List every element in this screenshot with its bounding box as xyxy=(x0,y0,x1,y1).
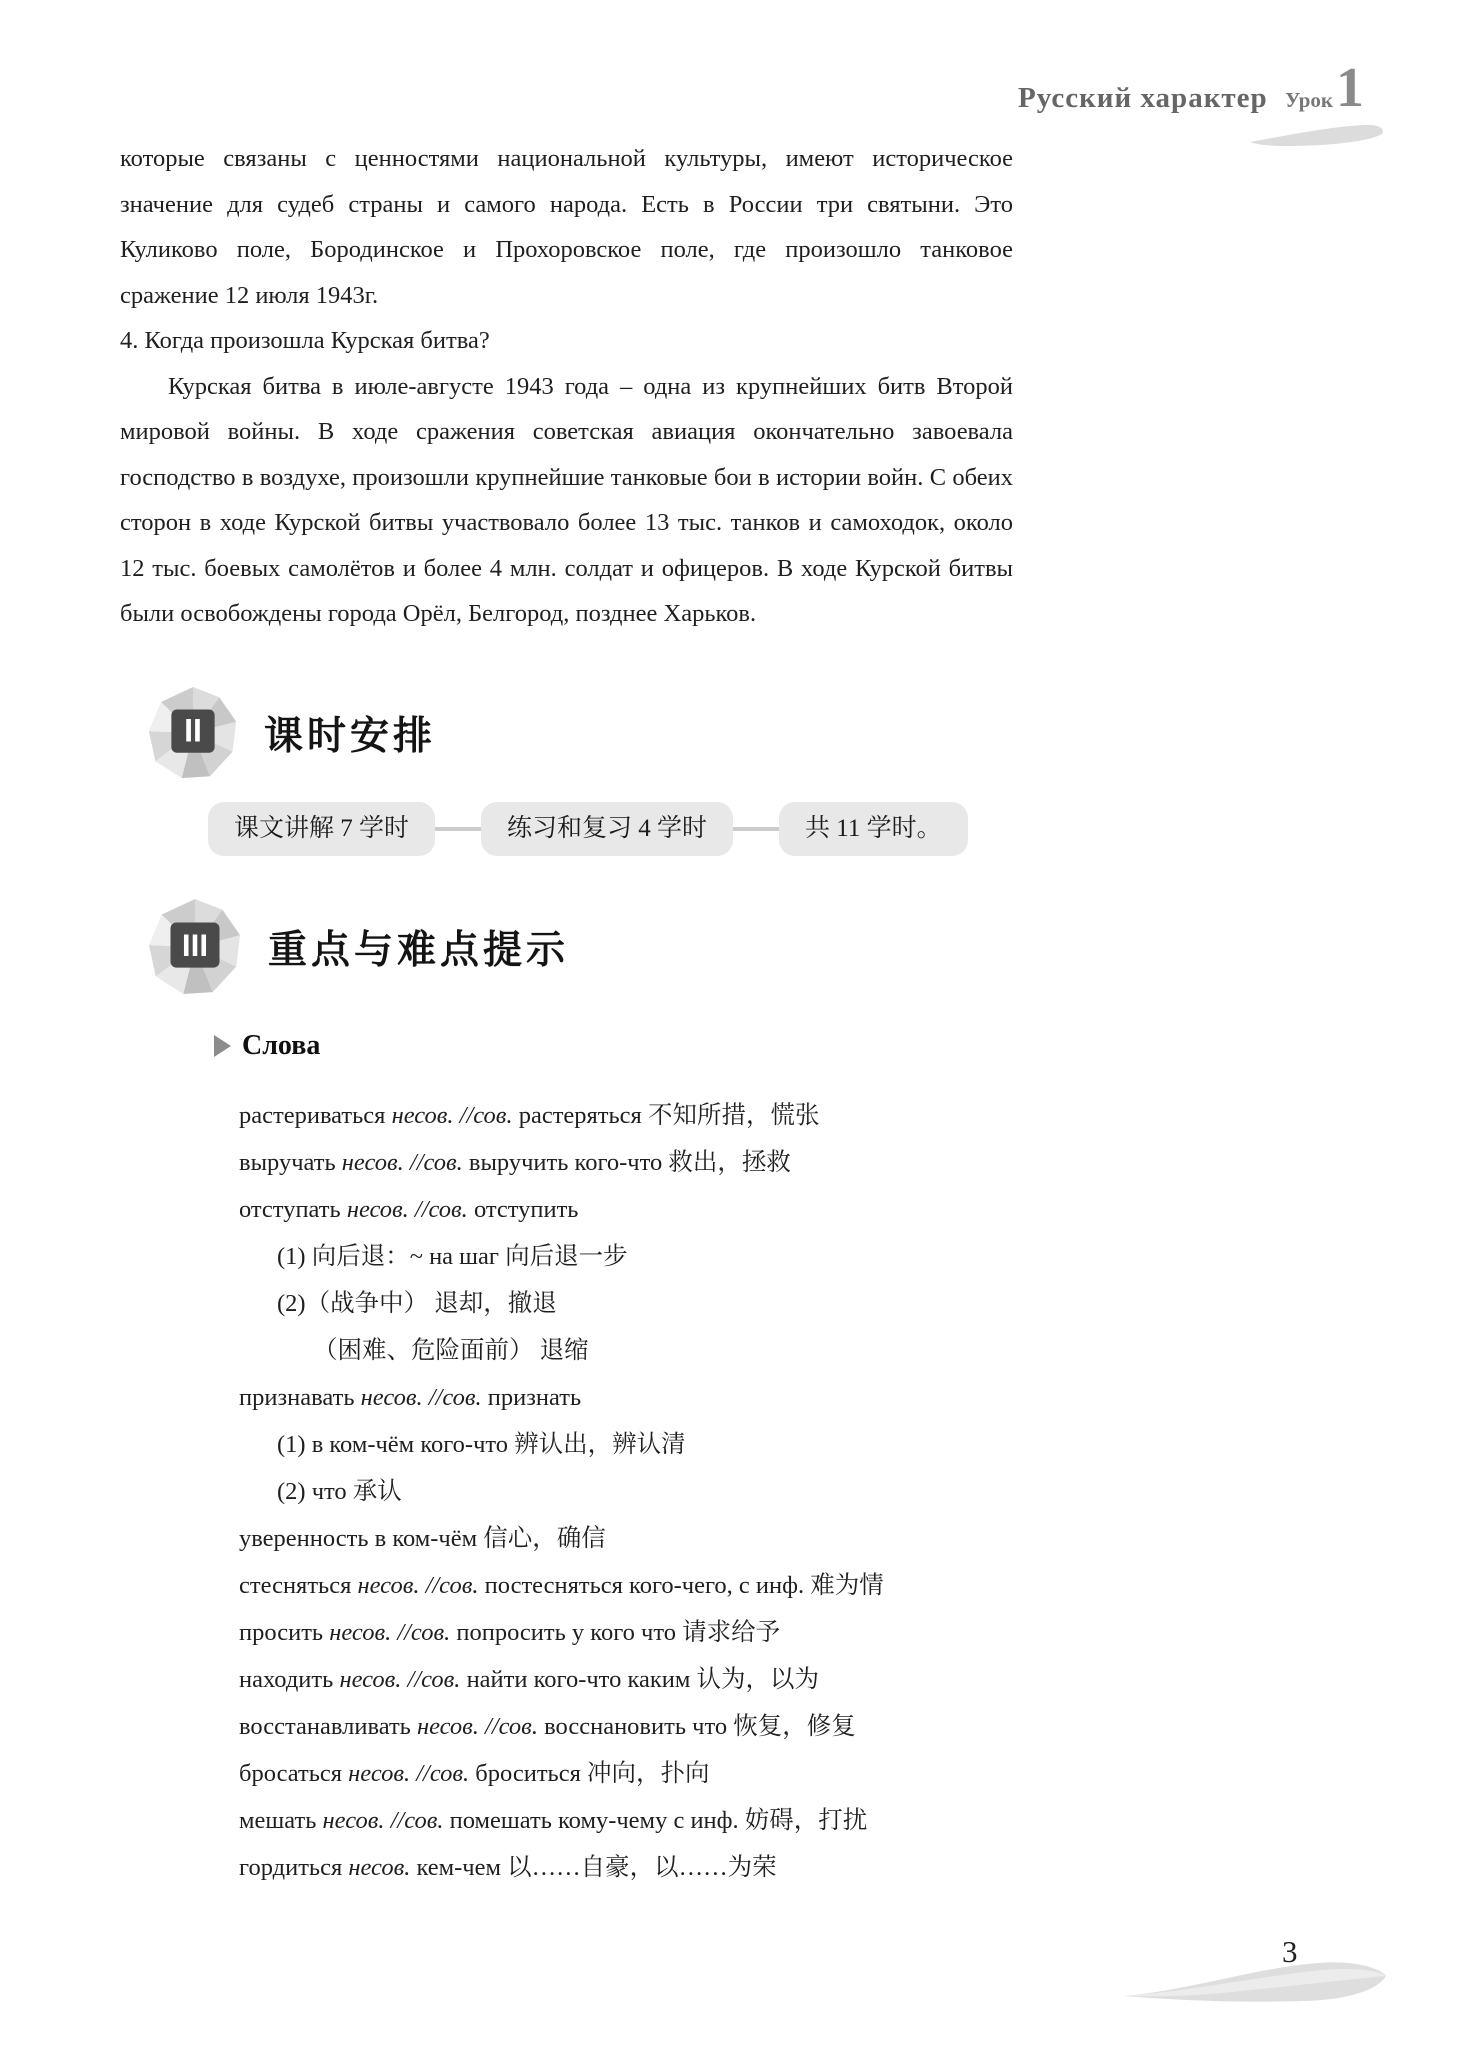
vocab-text: (1) в ком-чём кого-что 辨认出，辨认清 xyxy=(277,1431,686,1458)
vocab-text: броситься 冲向，扑向 xyxy=(469,1760,709,1787)
gem-icon: III xyxy=(146,898,244,996)
vocab-text: стесняться xyxy=(239,1572,357,1599)
flow-box: 课文讲解 7 学时 xyxy=(208,802,435,856)
vocab-text: уверенность в ком-чём 信心，确信 xyxy=(239,1525,606,1552)
vocab-text: растеряться 不知所措，慌张 xyxy=(513,1102,820,1129)
vocab-text: восстанавливать xyxy=(239,1713,417,1740)
vocab-text: гордиться xyxy=(239,1854,348,1881)
vocab-list: растериваться несов. //сов. растеряться … xyxy=(239,1092,1039,1891)
book-title: Русский характер xyxy=(1018,82,1268,115)
vocab-aspect-label: несов. //сов. xyxy=(417,1713,538,1740)
slova-heading: Слова xyxy=(214,1030,320,1062)
intro-text: которые связаны с ценностями национально… xyxy=(120,136,1013,637)
flow-connector xyxy=(733,827,779,831)
vocab-line: (2)（战争中） 退却，撤退 xyxy=(239,1280,1039,1327)
vocab-aspect-label: несов. //сов. xyxy=(361,1384,482,1411)
vocab-aspect-label: несов. //сов. xyxy=(339,1666,460,1693)
header-swoosh-icon xyxy=(1248,122,1388,148)
vocab-aspect-label: несов. xyxy=(348,1854,410,1881)
vocab-line: признавать несов. //сов. признать xyxy=(239,1374,1039,1421)
flow-box: 练习和复习 4 学时 xyxy=(481,802,733,856)
footer-swoosh-icon xyxy=(1122,1956,1390,2006)
lesson-label: Урок xyxy=(1285,88,1333,113)
vocab-line: просить несов. //сов. попросить у кого ч… xyxy=(239,1609,1039,1656)
vocab-aspect-label: несов. //сов. xyxy=(348,1760,469,1787)
vocab-text: постесняться кого-чего, с инф. 难为情 xyxy=(478,1572,883,1599)
book-page: Русский характер Урок 1 которые связаны … xyxy=(0,0,1457,2048)
vocab-line: стесняться несов. //сов. постесняться ко… xyxy=(239,1562,1039,1609)
vocab-line: （困难、危险面前） 退缩 xyxy=(239,1327,1039,1374)
flow-box: 共 11 学时。 xyxy=(779,802,968,856)
section-3-title: 重点与难点提示 xyxy=(268,919,569,975)
vocab-aspect-label: несов. //сов. xyxy=(329,1619,450,1646)
vocab-line: бросаться несов. //сов. броситься 冲向，扑向 xyxy=(239,1750,1039,1797)
vocab-aspect-label: несов. //сов. xyxy=(357,1572,478,1599)
vocab-text: (2)（战争中） 退却，撤退 xyxy=(277,1290,557,1317)
slova-label: Слова xyxy=(242,1030,320,1062)
vocab-text: кем-чем 以……自豪，以……为荣 xyxy=(410,1854,776,1881)
section-2-title: 课时安排 xyxy=(264,705,436,761)
lesson-number: 1 xyxy=(1336,56,1364,120)
vocab-text: бросаться xyxy=(239,1760,348,1787)
vocab-line: выручать несов. //сов. выручить кого-что… xyxy=(239,1139,1039,1186)
vocab-line: уверенность в ком-чём 信心，确信 xyxy=(239,1515,1039,1562)
section-2-numeral: II xyxy=(184,712,202,748)
vocab-line: (1) в ком-чём кого-что 辨认出，辨认清 xyxy=(239,1421,1039,1468)
gem-icon: II xyxy=(146,686,240,780)
vocab-text: восснановить что 恢复，修复 xyxy=(538,1713,856,1740)
vocab-aspect-label: несов. //сов. xyxy=(342,1149,463,1176)
vocab-line: мешать несов. //сов. помешать кому-чему … xyxy=(239,1797,1039,1844)
triangle-right-icon xyxy=(214,1035,231,1057)
paragraph: 4. Когда произошла Курская битва? xyxy=(120,318,1013,364)
vocab-text: найти кого-что каким 认为，以为 xyxy=(460,1666,819,1693)
vocab-text: признать xyxy=(482,1384,582,1411)
flow-connector xyxy=(435,827,481,831)
section-3-numeral: III xyxy=(182,928,208,963)
vocab-text: находить xyxy=(239,1666,339,1693)
vocab-text: мешать xyxy=(239,1807,323,1834)
vocab-text: помешать кому-чему с инф. 妨碍，打扰 xyxy=(444,1807,868,1834)
vocab-text: отступать xyxy=(239,1196,347,1223)
vocab-line: восстанавливать несов. //сов. восснанови… xyxy=(239,1703,1039,1750)
vocab-text: отступить xyxy=(468,1196,579,1223)
vocab-line: растериваться несов. //сов. растеряться … xyxy=(239,1092,1039,1139)
vocab-text: выручать xyxy=(239,1149,342,1176)
vocab-text: просить xyxy=(239,1619,329,1646)
vocab-text: растериваться xyxy=(239,1102,392,1129)
vocab-text: （困难、危险面前） 退缩 xyxy=(313,1337,589,1364)
flow-row: 课文讲解 7 学时练习和复习 4 学时共 11 学时。 xyxy=(208,802,968,856)
vocab-line: гордиться несов. кем-чем 以……自豪，以……为荣 xyxy=(239,1844,1039,1891)
section-2-header: II 课时安排 xyxy=(146,686,436,780)
vocab-line: находить несов. //сов. найти кого-что ка… xyxy=(239,1656,1039,1703)
vocab-aspect-label: несов. //сов. xyxy=(392,1102,513,1129)
section-3-header: III 重点与难点提示 xyxy=(146,898,569,996)
vocab-text: попросить у кого что 请求给予 xyxy=(450,1619,780,1646)
vocab-aspect-label: несов. //сов. xyxy=(347,1196,468,1223)
vocab-text: (2) что 承认 xyxy=(277,1478,402,1505)
vocab-text: (1) 向后退：~ на шаг 向后退一步 xyxy=(277,1243,628,1270)
paragraph: которые связаны с ценностями национально… xyxy=(120,136,1013,318)
vocab-text: выручить кого-что 救出，拯救 xyxy=(463,1149,791,1176)
vocab-line: отступать несов. //сов. отступить xyxy=(239,1186,1039,1233)
vocab-text: признавать xyxy=(239,1384,361,1411)
vocab-line: (2) что 承认 xyxy=(239,1468,1039,1515)
paragraph: Курская битва в июле-августе 1943 года –… xyxy=(120,364,1013,637)
vocab-aspect-label: несов. //сов. xyxy=(323,1807,444,1834)
vocab-line: (1) 向后退：~ на шаг 向后退一步 xyxy=(239,1233,1039,1280)
